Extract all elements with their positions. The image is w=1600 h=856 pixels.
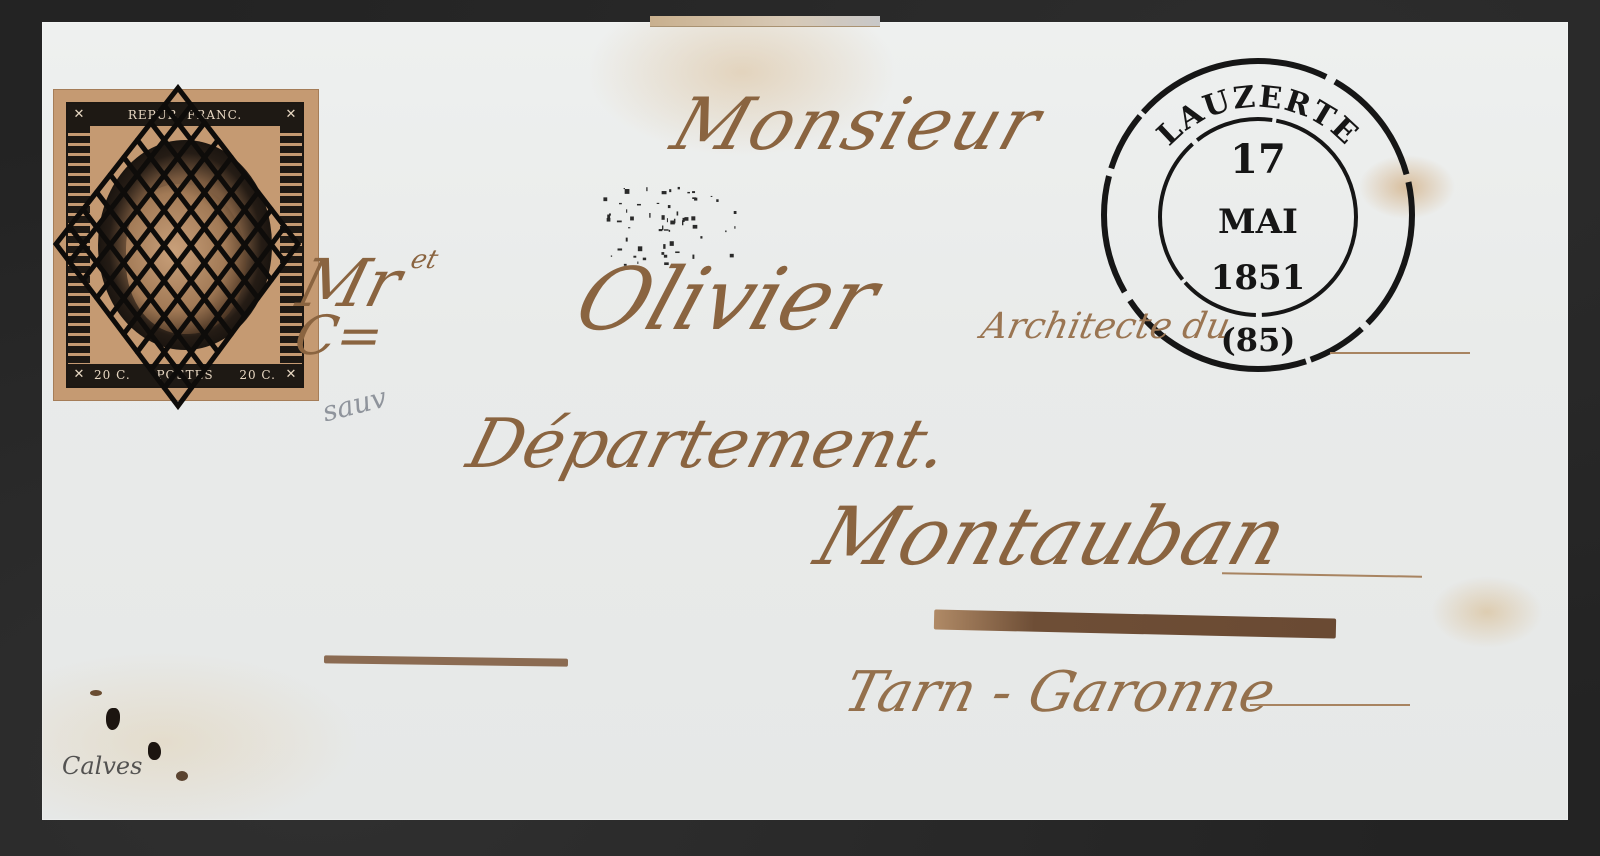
ink-stain (176, 771, 188, 781)
address-department-line: Département. (459, 405, 957, 484)
address-prefix-line2: C= (289, 304, 389, 367)
svg-text:1851: 1851 (1211, 258, 1306, 298)
addressee-name: Olivier (564, 250, 890, 350)
torn-top-edge (650, 16, 880, 27)
address-salutation: Monsieur (662, 82, 1052, 166)
svg-text:17: 17 (1230, 136, 1286, 183)
addressee-title: Architecte du (978, 306, 1234, 347)
ink-stain (148, 742, 161, 760)
grille-cancellation (48, 84, 308, 414)
expert-signature-mark: Calves (62, 752, 142, 780)
address-region: Tarn - Garonne (838, 660, 1282, 725)
region-flourish (1250, 704, 1410, 706)
svg-text:(85): (85) (1221, 321, 1296, 359)
title-flourish (1330, 352, 1470, 354)
address-city: Montauban (805, 490, 1299, 583)
ink-stain (90, 690, 102, 696)
svg-text:MAI: MAI (1218, 202, 1298, 242)
